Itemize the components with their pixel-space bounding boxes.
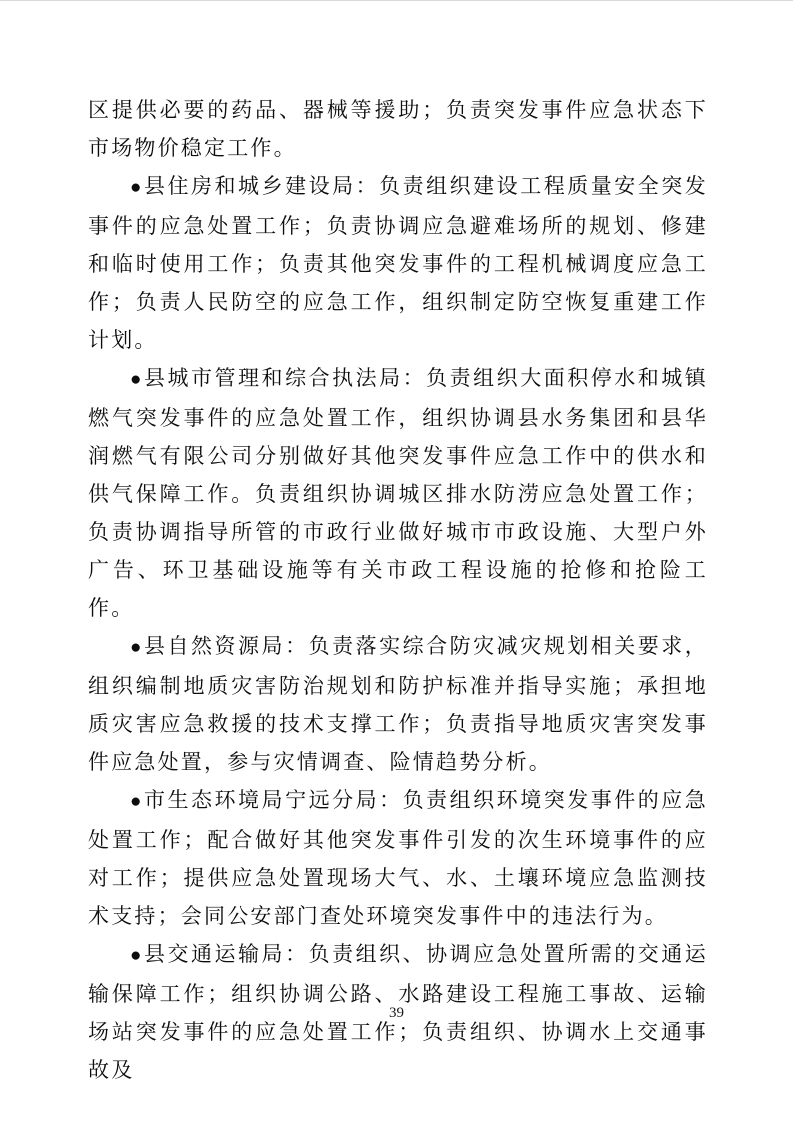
paragraph: ●县自然资源局：负责落实综合防灾减灾规划相关要求，组织编制地质灾害防治规划和防护… [88,627,708,781]
document-body: 区提供必要的药品、器械等援助；负责突发事件应急状态下市场物价稳定工作。 ●县住房… [88,91,708,1089]
paragraph: 区提供必要的药品、器械等援助；负责突发事件应急状态下市场物价稳定工作。 [88,91,708,167]
paragraph: ●市生态环境局宁远分局：负责组织环境突发事件的应急处置工作；配合做好其他突发事件… [88,781,708,935]
page-number: 39 [0,1005,793,1022]
document-page: 区提供必要的药品、器械等援助；负责突发事件应急状态下市场物价稳定工作。 ●县住房… [0,0,793,1123]
bullet-icon: ● [130,637,144,658]
paragraph-text: 区提供必要的药品、器械等援助；负责突发事件应急状态下市场物价稳定工作。 [88,98,708,160]
bullet-icon: ● [130,369,144,390]
bullet-icon: ● [130,945,144,966]
bullet-icon: ● [130,791,144,812]
paragraph: ●县住房和城乡建设局：负责组织建设工程质量安全突发事件的应急处置工作；负责协调应… [88,167,708,359]
paragraph: ●县城市管理和综合执法局：负责组织大面积停水和城镇燃气突发事件的应急处置工作，组… [88,359,708,627]
paragraph-text: 市生态环境局宁远分局：负责组织环境突发事件的应急处置工作；配合做好其他突发事件引… [88,788,708,928]
paragraph-text: 县自然资源局：负责落实综合防灾减灾规划相关要求，组织编制地质灾害防治规划和防护标… [88,634,708,774]
paragraph-text: 县城市管理和综合执法局：负责组织大面积停水和城镇燃气突发事件的应急处置工作，组织… [88,366,708,620]
bullet-icon: ● [130,177,144,198]
paragraph-text: 县住房和城乡建设局：负责组织建设工程质量安全突发事件的应急处置工作；负责协调应急… [88,174,708,352]
